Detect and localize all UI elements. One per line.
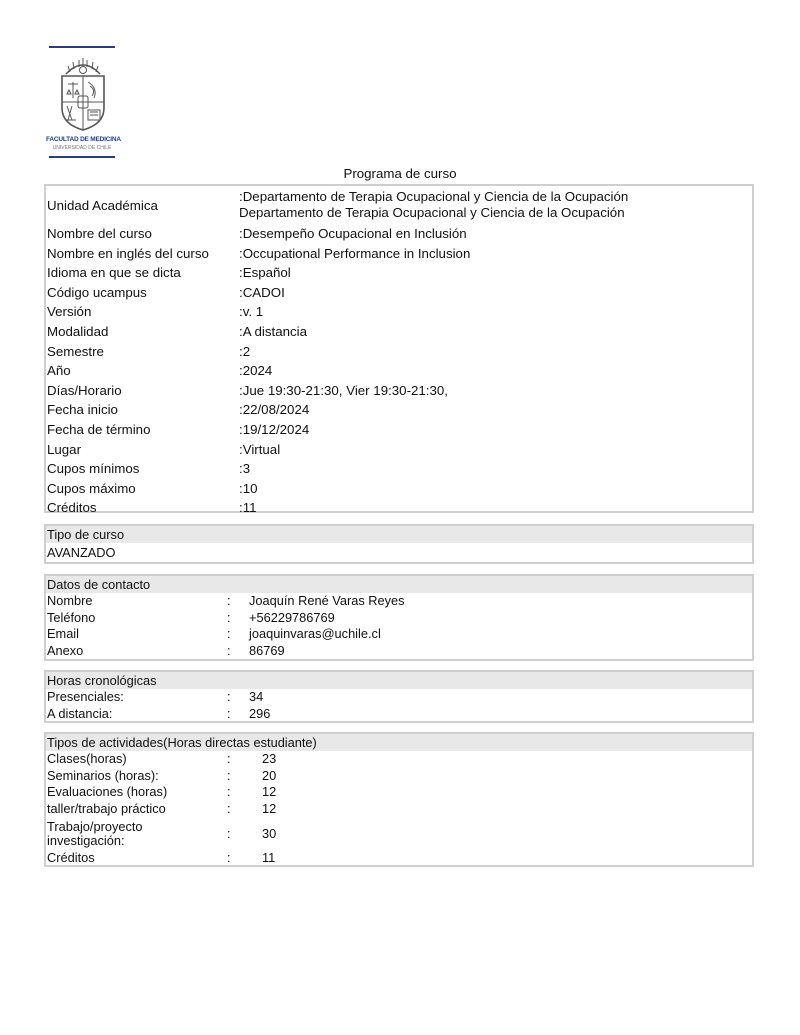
field-label: Nombre [47,593,227,610]
field-value: 30 [262,827,752,841]
separator: : [227,626,249,643]
activity-row: Trabajo/proyecto investigación::30 [46,817,752,850]
field-label: Trabajo/proyecto investigación: [47,820,217,848]
activity-row: Créditos:11 [46,850,752,867]
contact-row: Nombre:Joaquín René Varas Reyes [46,593,752,610]
document-title: Programa de curso [0,166,800,181]
chronological-hours-section: Horas cronológicas Presenciales::34 A di… [44,670,754,723]
field-value: 12 [262,784,752,801]
section-heading: Tipo de curso [46,526,752,543]
field-label: Clases(horas) [47,751,227,768]
course-type-value-row: AVANZADO [46,543,752,562]
field-value: :v. 1 [239,302,752,322]
field-label: Código ucampus [47,283,239,303]
separator: : [227,706,249,723]
logo-bottom-rule [49,156,115,158]
field-value: :3 [239,459,752,479]
field-value: :Departamento de Terapia Ocupacional y C… [239,189,752,221]
activity-row: Clases(horas):23 [46,751,752,768]
course-info-row: Idioma en que se dicta:Español [46,263,752,283]
field-label: Semestre [47,342,239,362]
course-info-row: Lugar:Virtual [46,440,752,460]
field-label: Modalidad [47,322,239,342]
activity-row: taller/trabajo práctico:12 [46,801,752,818]
course-info-row: Año:2024 [46,361,752,381]
field-label: Año [47,361,239,381]
field-value: 86769 [249,643,752,660]
university-name: UNIVERSIDAD DE CHILE [46,145,118,151]
course-info-row: Unidad Académica :Departamento de Terapi… [46,186,752,224]
field-value: 12 [262,801,752,818]
course-info-row: Nombre en inglés del curso:Occupational … [46,244,752,264]
course-info-row: Nombre del curso:Desempeño Ocupacional e… [46,224,752,244]
course-info-row: Cupos mínimos:3 [46,459,752,479]
course-info-row: Cupos máximo:10 [46,479,752,499]
section-heading: Horas cronológicas [46,672,752,689]
faculty-logo: FACULTAD DE MEDICINA UNIVERSIDAD DE CHIL… [46,46,118,161]
field-value: +56229786769 [249,610,752,627]
field-value: :Virtual [239,440,752,460]
field-value: 11 [262,850,752,867]
course-info-row: Créditos:11 [46,498,752,518]
field-label: Anexo [47,643,227,660]
faculty-name: FACULTAD DE MEDICINA [46,136,118,143]
email-link[interactable]: joaquinvaras@uchile.cl [249,626,752,643]
contact-row: Email:joaquinvaras@uchile.cl [46,626,752,643]
hours-row: A distancia::296 [46,706,752,723]
hours-row: Presenciales::34 [46,689,752,706]
contact-section: Datos de contacto Nombre:Joaquín René Va… [44,574,754,661]
logo-top-rule [49,46,115,48]
field-value: :2024 [239,361,752,381]
field-value: :19/12/2024 [239,420,752,440]
field-label: Cupos mínimos [47,459,239,479]
field-label: Seminarios (horas): [47,768,227,785]
field-label: Fecha de término [47,420,239,440]
university-shield-icon [54,54,112,134]
separator: : [227,784,262,801]
contact-row: Teléfono:+56229786769 [46,610,752,627]
field-label: Versión [47,302,239,322]
course-info-row: Fecha de término:19/12/2024 [46,420,752,440]
course-info-row: Código ucampus:CADOI [46,283,752,303]
course-info-row: Versión:v. 1 [46,302,752,322]
course-info-table: Unidad Académica :Departamento de Terapi… [44,184,754,513]
separator: : [227,801,262,818]
field-value: 23 [262,751,752,768]
separator: : [227,768,262,785]
activity-types-section: Tipos de actividades(Horas directas estu… [44,732,754,867]
separator: : [227,827,262,841]
course-info-row: Fecha inicio:22/08/2024 [46,400,752,420]
field-value: :Desempeño Ocupacional en Inclusión [239,224,752,244]
field-label: Créditos [47,498,239,518]
course-info-row: Días/Horario:Jue 19:30-21:30, Vier 19:30… [46,381,752,401]
separator: : [227,593,249,610]
separator: : [227,643,249,660]
field-label: taller/trabajo práctico [47,801,227,818]
field-label: Unidad Académica [47,198,239,213]
field-value: :11 [239,498,752,518]
field-value: 34 [249,689,752,706]
field-label: Email [47,626,227,643]
field-value: :A distancia [239,322,752,342]
field-value: 20 [262,768,752,785]
field-value: :2 [239,342,752,362]
field-value: :Occupational Performance in Inclusion [239,244,752,264]
activity-row: Evaluaciones (horas):12 [46,784,752,801]
field-value: :Español [239,263,752,283]
field-value: :Jue 19:30-21:30, Vier 19:30-21:30, [239,381,752,401]
contact-row: Anexo:86769 [46,643,752,660]
course-type-value: AVANZADO [47,543,116,562]
section-heading: Datos de contacto [46,576,752,593]
field-value: Joaquín René Varas Reyes [249,593,752,610]
field-value: :22/08/2024 [239,400,752,420]
separator: : [227,751,262,768]
field-label: Nombre en inglés del curso [47,244,239,264]
field-label: Días/Horario [47,381,239,401]
activity-row: Seminarios (horas)::20 [46,768,752,785]
field-label: A distancia: [47,706,227,723]
separator: : [227,689,249,706]
field-label: Presenciales: [47,689,227,706]
field-value: 296 [249,706,752,723]
field-value: :10 [239,479,752,499]
field-label: Fecha inicio [47,400,239,420]
field-value: :CADOI [239,283,752,303]
field-label: Evaluaciones (horas) [47,784,227,801]
course-info-row: Semestre:2 [46,342,752,362]
separator: : [227,850,262,867]
field-label: Teléfono [47,610,227,627]
field-label: Créditos [47,850,227,867]
field-label: Cupos máximo [47,479,239,499]
section-heading: Tipos de actividades(Horas directas estu… [46,734,752,751]
field-label: Lugar [47,440,239,460]
field-label: Nombre del curso [47,224,239,244]
field-label: Idioma en que se dicta [47,263,239,283]
separator: : [227,610,249,627]
course-type-section: Tipo de curso AVANZADO [44,524,754,564]
course-info-row: Modalidad:A distancia [46,322,752,342]
